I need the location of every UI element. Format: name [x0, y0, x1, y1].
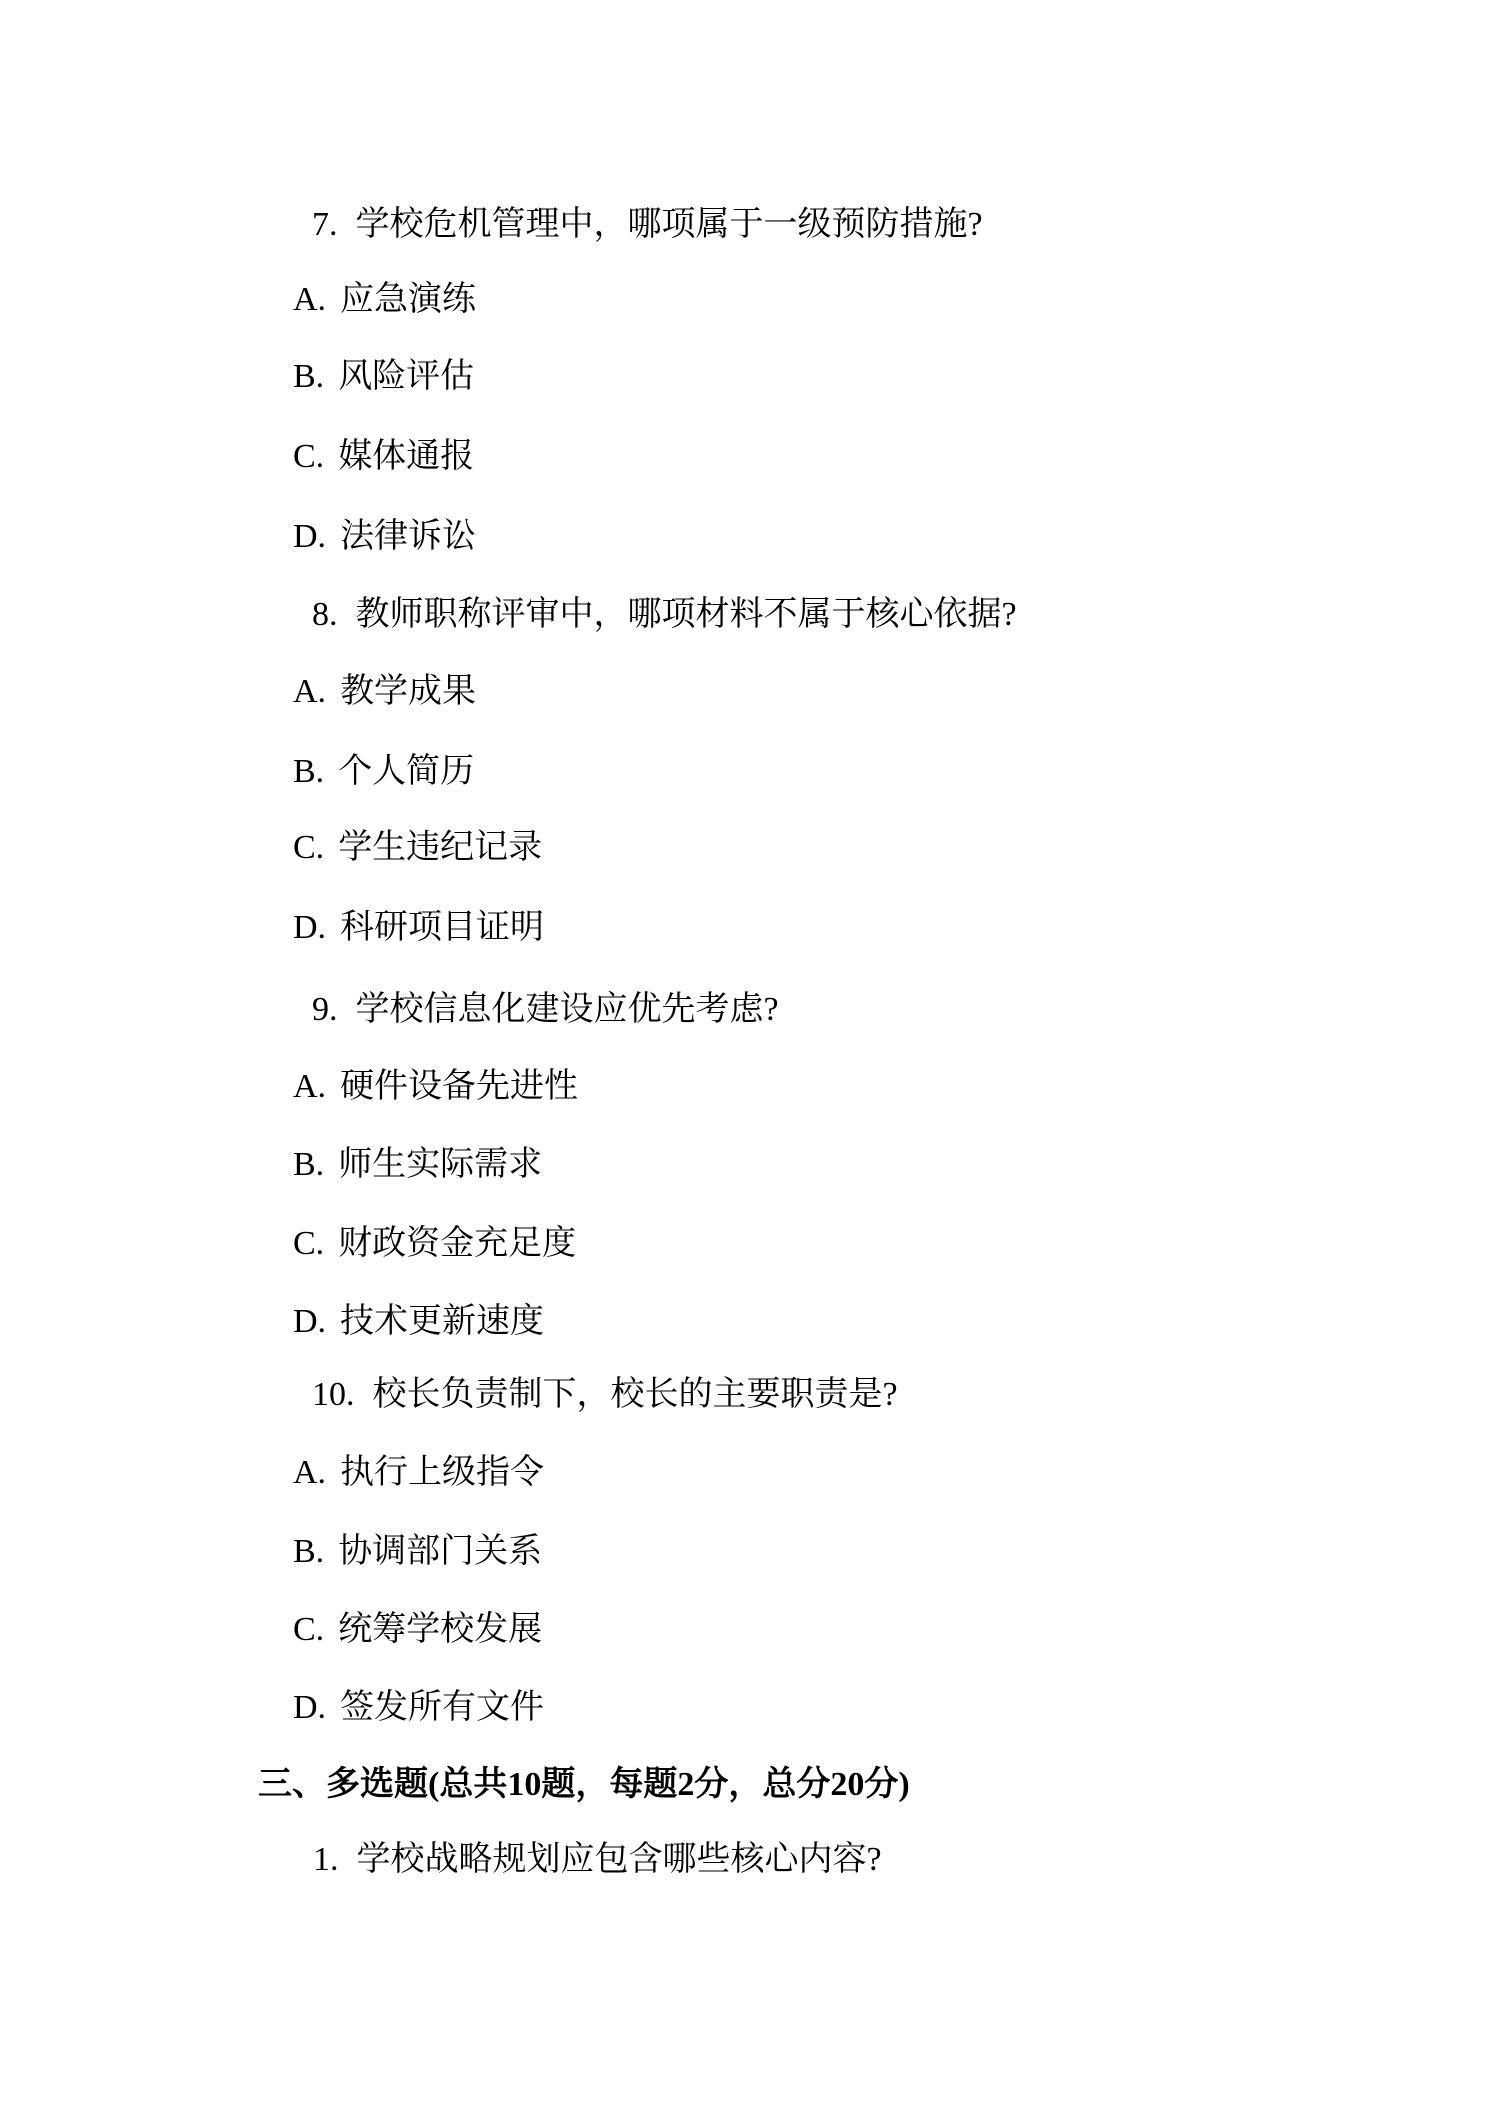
option-7b: B. 风险评估 [293, 355, 474, 399]
question-text: 学校战略规划应包含哪些核心内容? [357, 1838, 882, 1882]
option-letter: B. [293, 1530, 324, 1574]
option-text: 协调部门关系 [338, 1530, 542, 1574]
option-9c: C. 财政资金充足度 [293, 1222, 576, 1266]
option-letter: D. [293, 1300, 326, 1344]
option-letter: C. [293, 435, 324, 479]
option-letter: B. [293, 1143, 324, 1187]
option-7a: A. 应急演练 [293, 278, 476, 322]
option-letter: A. [293, 1065, 326, 1109]
option-letter: D. [293, 1686, 326, 1730]
option-text: 法律诉讼 [340, 515, 476, 559]
option-letter: C. [293, 1222, 324, 1266]
option-10b: B. 协调部门关系 [293, 1530, 542, 1574]
option-10c: C. 统筹学校发展 [293, 1608, 542, 1652]
question-number: 7. [312, 203, 338, 247]
option-text: 应急演练 [340, 278, 476, 322]
question-9: 9. 学校信息化建设应优先考虑? [312, 988, 779, 1032]
option-letter: B. [293, 355, 324, 399]
option-text: 学生违纪记录 [338, 826, 542, 870]
option-9d: D. 技术更新速度 [293, 1300, 544, 1344]
option-7c: C. 媒体通报 [293, 435, 474, 479]
option-letter: C. [293, 826, 324, 870]
option-text: 个人简历 [338, 750, 474, 794]
option-text: 科研项目证明 [340, 906, 544, 950]
question-number: 1. [313, 1838, 339, 1882]
document-page: 7. 学校危机管理中，哪项属于一级预防措施? A. 应急演练 B. 风险评估 C… [0, 0, 1493, 2112]
option-10a: A. 执行上级指令 [293, 1451, 544, 1495]
option-letter: B. [293, 750, 324, 794]
option-letter: A. [293, 1451, 326, 1495]
option-8a: A. 教学成果 [293, 670, 476, 714]
option-10d: D. 签发所有文件 [293, 1686, 544, 1730]
question-text: 学校危机管理中，哪项属于一级预防措施? [356, 203, 983, 247]
option-9a: A. 硬件设备先进性 [293, 1065, 578, 1109]
option-letter: D. [293, 515, 326, 559]
option-text: 统筹学校发展 [338, 1608, 542, 1652]
option-text: 师生实际需求 [338, 1143, 542, 1187]
question-8: 8. 教师职称评审中，哪项材料不属于核心依据? [312, 593, 1017, 637]
option-letter: A. [293, 278, 326, 322]
option-9b: B. 师生实际需求 [293, 1143, 542, 1187]
option-text: 签发所有文件 [340, 1686, 544, 1730]
option-7d: D. 法律诉讼 [293, 515, 476, 559]
option-text: 财政资金充足度 [338, 1222, 576, 1266]
option-8d: D. 科研项目证明 [293, 906, 544, 950]
option-text: 执行上级指令 [340, 1451, 544, 1495]
section-heading-text: 三、多选题(总共10题，每题2分，总分20分) [258, 1763, 910, 1807]
question-multi-1: 1. 学校战略规划应包含哪些核心内容? [313, 1838, 882, 1882]
option-letter: D. [293, 906, 326, 950]
question-text: 教师职称评审中，哪项材料不属于核心依据? [356, 593, 1017, 637]
question-7: 7. 学校危机管理中，哪项属于一级预防措施? [312, 203, 983, 247]
question-number: 10. [312, 1373, 355, 1417]
question-10: 10. 校长负责制下，校长的主要职责是? [312, 1373, 898, 1417]
section-heading: 三、多选题(总共10题，每题2分，总分20分) [258, 1763, 910, 1807]
question-number: 8. [312, 593, 338, 637]
option-8c: C. 学生违纪记录 [293, 826, 542, 870]
question-text: 学校信息化建设应优先考虑? [356, 988, 779, 1032]
option-letter: C. [293, 1608, 324, 1652]
question-number: 9. [312, 988, 338, 1032]
option-text: 技术更新速度 [340, 1300, 544, 1344]
option-text: 教学成果 [340, 670, 476, 714]
option-text: 媒体通报 [338, 435, 474, 479]
option-8b: B. 个人简历 [293, 750, 474, 794]
option-text: 风险评估 [338, 355, 474, 399]
question-text: 校长负责制下，校长的主要职责是? [373, 1373, 898, 1417]
option-text: 硬件设备先进性 [340, 1065, 578, 1109]
option-letter: A. [293, 670, 326, 714]
